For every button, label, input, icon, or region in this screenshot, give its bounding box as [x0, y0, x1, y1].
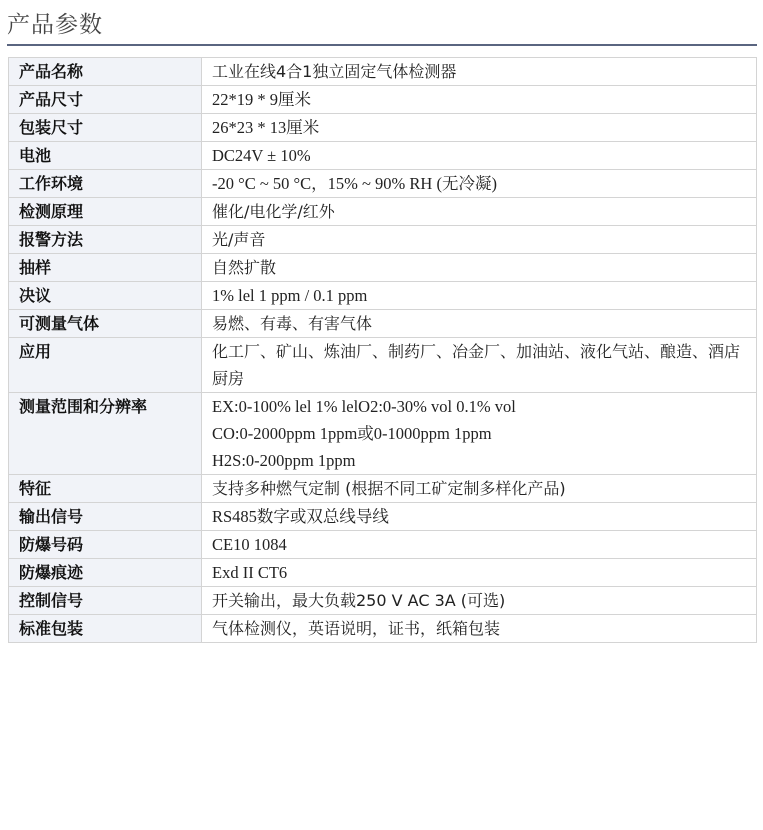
- table-row: 工作环境 -20 °C ~ 50 °C，15% ~ 90% RH (无冷凝): [9, 170, 757, 198]
- row-value: 1% lel 1 ppm / 0.1 ppm: [202, 282, 757, 310]
- table-row: 决议 1% lel 1 ppm / 0.1 ppm: [9, 282, 757, 310]
- title-divider: [7, 44, 757, 46]
- row-label: 特征: [9, 475, 202, 503]
- table-row: 测量范围和分辨率 EX:0-100% lel 1% lelO2:0-30% vo…: [9, 393, 757, 475]
- table-row: 标准包装 气体检测仪，英语说明，证书，纸箱包装: [9, 615, 757, 643]
- row-label: 可测量气体: [9, 310, 202, 338]
- spec-table: 产品名称 工业在线4合1独立固定气体检测器 产品尺寸 22*19 * 9厘米 包…: [8, 57, 757, 643]
- row-value: 26*23 * 13厘米: [202, 114, 757, 142]
- row-label: 电池: [9, 142, 202, 170]
- page-title: 产品参数: [7, 6, 103, 39]
- table-row: 防爆痕迹 Exd II CT6: [9, 559, 757, 587]
- measurement-line: CO:0-2000ppm 1ppm或0-1000ppm 1ppm: [212, 420, 746, 447]
- table-row: 应用 化工厂、矿山、炼油厂、制药厂、冶金厂、加油站、液化气站、酿造、酒店厨房: [9, 338, 757, 393]
- measurement-line: EX:0-100% lel 1% lelO2:0-30% vol 0.1% vo…: [212, 393, 746, 420]
- table-row: 电池 DC24V ± 10%: [9, 142, 757, 170]
- row-value: EX:0-100% lel 1% lelO2:0-30% vol 0.1% vo…: [202, 393, 757, 475]
- row-label: 控制信号: [9, 587, 202, 615]
- row-value: DC24V ± 10%: [202, 142, 757, 170]
- table-row: 抽样 自然扩散: [9, 254, 757, 282]
- row-label: 抽样: [9, 254, 202, 282]
- row-value: 自然扩散: [202, 254, 757, 282]
- row-label: 测量范围和分辨率: [9, 393, 202, 475]
- row-label: 标准包装: [9, 615, 202, 643]
- table-row: 可测量气体 易燃、有毒、有害气体: [9, 310, 757, 338]
- row-label: 输出信号: [9, 503, 202, 531]
- table-row: 特征 支持多种燃气定制 (根据不同工矿定制多样化产品): [9, 475, 757, 503]
- table-row: 产品名称 工业在线4合1独立固定气体检测器: [9, 58, 757, 86]
- table-row: 检测原理 催化/电化学/红外: [9, 198, 757, 226]
- row-label: 应用: [9, 338, 202, 393]
- row-value: -20 °C ~ 50 °C，15% ~ 90% RH (无冷凝): [202, 170, 757, 198]
- measurement-line: H2S:0-200ppm 1ppm: [212, 447, 746, 474]
- row-value: 易燃、有毒、有害气体: [202, 310, 757, 338]
- row-value: Exd II CT6: [202, 559, 757, 587]
- row-value: 气体检测仪，英语说明，证书，纸箱包装: [202, 615, 757, 643]
- row-value: 催化/电化学/红外: [202, 198, 757, 226]
- table-row: 防爆号码 CE10 1084: [9, 531, 757, 559]
- row-value: 工业在线4合1独立固定气体检测器: [202, 58, 757, 86]
- row-label: 包装尺寸: [9, 114, 202, 142]
- row-value: 光/声音: [202, 226, 757, 254]
- table-row: 控制信号 开关输出，最大负载250 V AC 3A (可选): [9, 587, 757, 615]
- row-value: 22*19 * 9厘米: [202, 86, 757, 114]
- row-label: 产品尺寸: [9, 86, 202, 114]
- row-value: RS485数字或双总线导线: [202, 503, 757, 531]
- row-label: 检测原理: [9, 198, 202, 226]
- table-row: 输出信号 RS485数字或双总线导线: [9, 503, 757, 531]
- row-value: 开关输出，最大负载250 V AC 3A (可选): [202, 587, 757, 615]
- row-value: 化工厂、矿山、炼油厂、制药厂、冶金厂、加油站、液化气站、酿造、酒店厨房: [202, 338, 757, 393]
- row-label: 报警方法: [9, 226, 202, 254]
- row-label: 决议: [9, 282, 202, 310]
- row-label: 防爆痕迹: [9, 559, 202, 587]
- table-row: 包装尺寸 26*23 * 13厘米: [9, 114, 757, 142]
- table-row: 产品尺寸 22*19 * 9厘米: [9, 86, 757, 114]
- row-label: 防爆号码: [9, 531, 202, 559]
- row-value: CE10 1084: [202, 531, 757, 559]
- row-label: 工作环境: [9, 170, 202, 198]
- row-value: 支持多种燃气定制 (根据不同工矿定制多样化产品): [202, 475, 757, 503]
- table-row: 报警方法 光/声音: [9, 226, 757, 254]
- row-label: 产品名称: [9, 58, 202, 86]
